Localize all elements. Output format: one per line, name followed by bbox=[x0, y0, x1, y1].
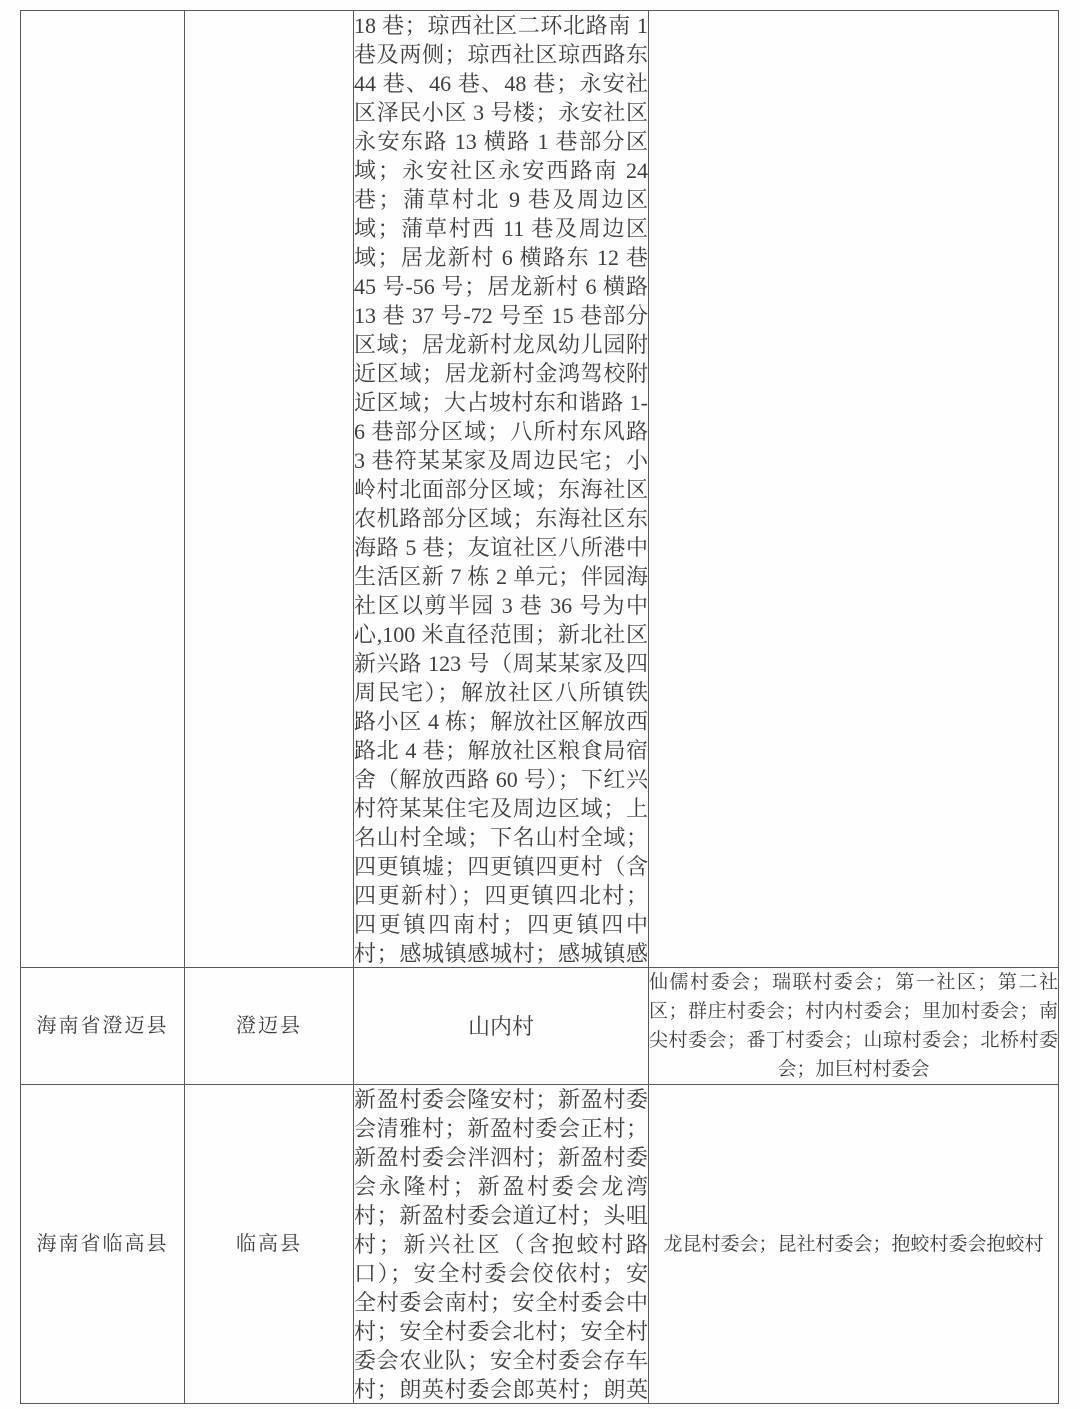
cell-areas: 新盈村委会隆安村；新盈村委会清雅村；新盈村委会正村；新盈村委会泮泗村；新盈村委会… bbox=[354, 1085, 649, 1404]
cell-region bbox=[21, 11, 185, 968]
table-row: 海南省澄迈县 澄迈县 山内村 仙儒村委会；瑞联村委会；第一社区；第二社区；群庄村… bbox=[21, 968, 1059, 1085]
cell-committees: 龙昆村委会；昆社村委会；抱蛟村委会抱蛟村 bbox=[649, 1085, 1059, 1404]
cell-county: 澄迈县 bbox=[185, 968, 354, 1085]
cell-areas: 18 巷；琼西社区二环北路南 1 巷及两侧；琼西社区琼西路东 44 巷、46 巷… bbox=[354, 11, 649, 968]
cell-county bbox=[185, 11, 354, 968]
risk-area-table: 18 巷；琼西社区二环北路南 1 巷及两侧；琼西社区琼西路东 44 巷、46 巷… bbox=[20, 10, 1059, 1404]
cell-region: 海南省澄迈县 bbox=[21, 968, 185, 1085]
areas-text: 新盈村委会隆安村；新盈村委会清雅村；新盈村委会正村；新盈村委会泮泗村；新盈村委会… bbox=[354, 1085, 648, 1401]
cell-committees bbox=[649, 11, 1059, 968]
cell-county: 临高县 bbox=[185, 1085, 354, 1404]
table-row: 海南省临高县 临高县 新盈村委会隆安村；新盈村委会清雅村；新盈村委会正村；新盈村… bbox=[21, 1085, 1059, 1404]
cell-areas: 山内村 bbox=[354, 968, 649, 1085]
cell-region: 海南省临高县 bbox=[21, 1085, 185, 1404]
document-page: 18 巷；琼西社区二环北路南 1 巷及两侧；琼西社区琼西路东 44 巷、46 巷… bbox=[0, 0, 1080, 1409]
areas-text: 18 巷；琼西社区二环北路南 1 巷及两侧；琼西社区琼西路东 44 巷、46 巷… bbox=[354, 11, 648, 965]
cell-committees: 仙儒村委会；瑞联村委会；第一社区；第二社区；群庄村委会；村内村委会；里加村委会；… bbox=[649, 968, 1059, 1085]
risk-area-table-wrap: 18 巷；琼西社区二环北路南 1 巷及两侧；琼西社区琼西路东 44 巷、46 巷… bbox=[20, 10, 1059, 1404]
table-row: 18 巷；琼西社区二环北路南 1 巷及两侧；琼西社区琼西路东 44 巷、46 巷… bbox=[21, 11, 1059, 968]
